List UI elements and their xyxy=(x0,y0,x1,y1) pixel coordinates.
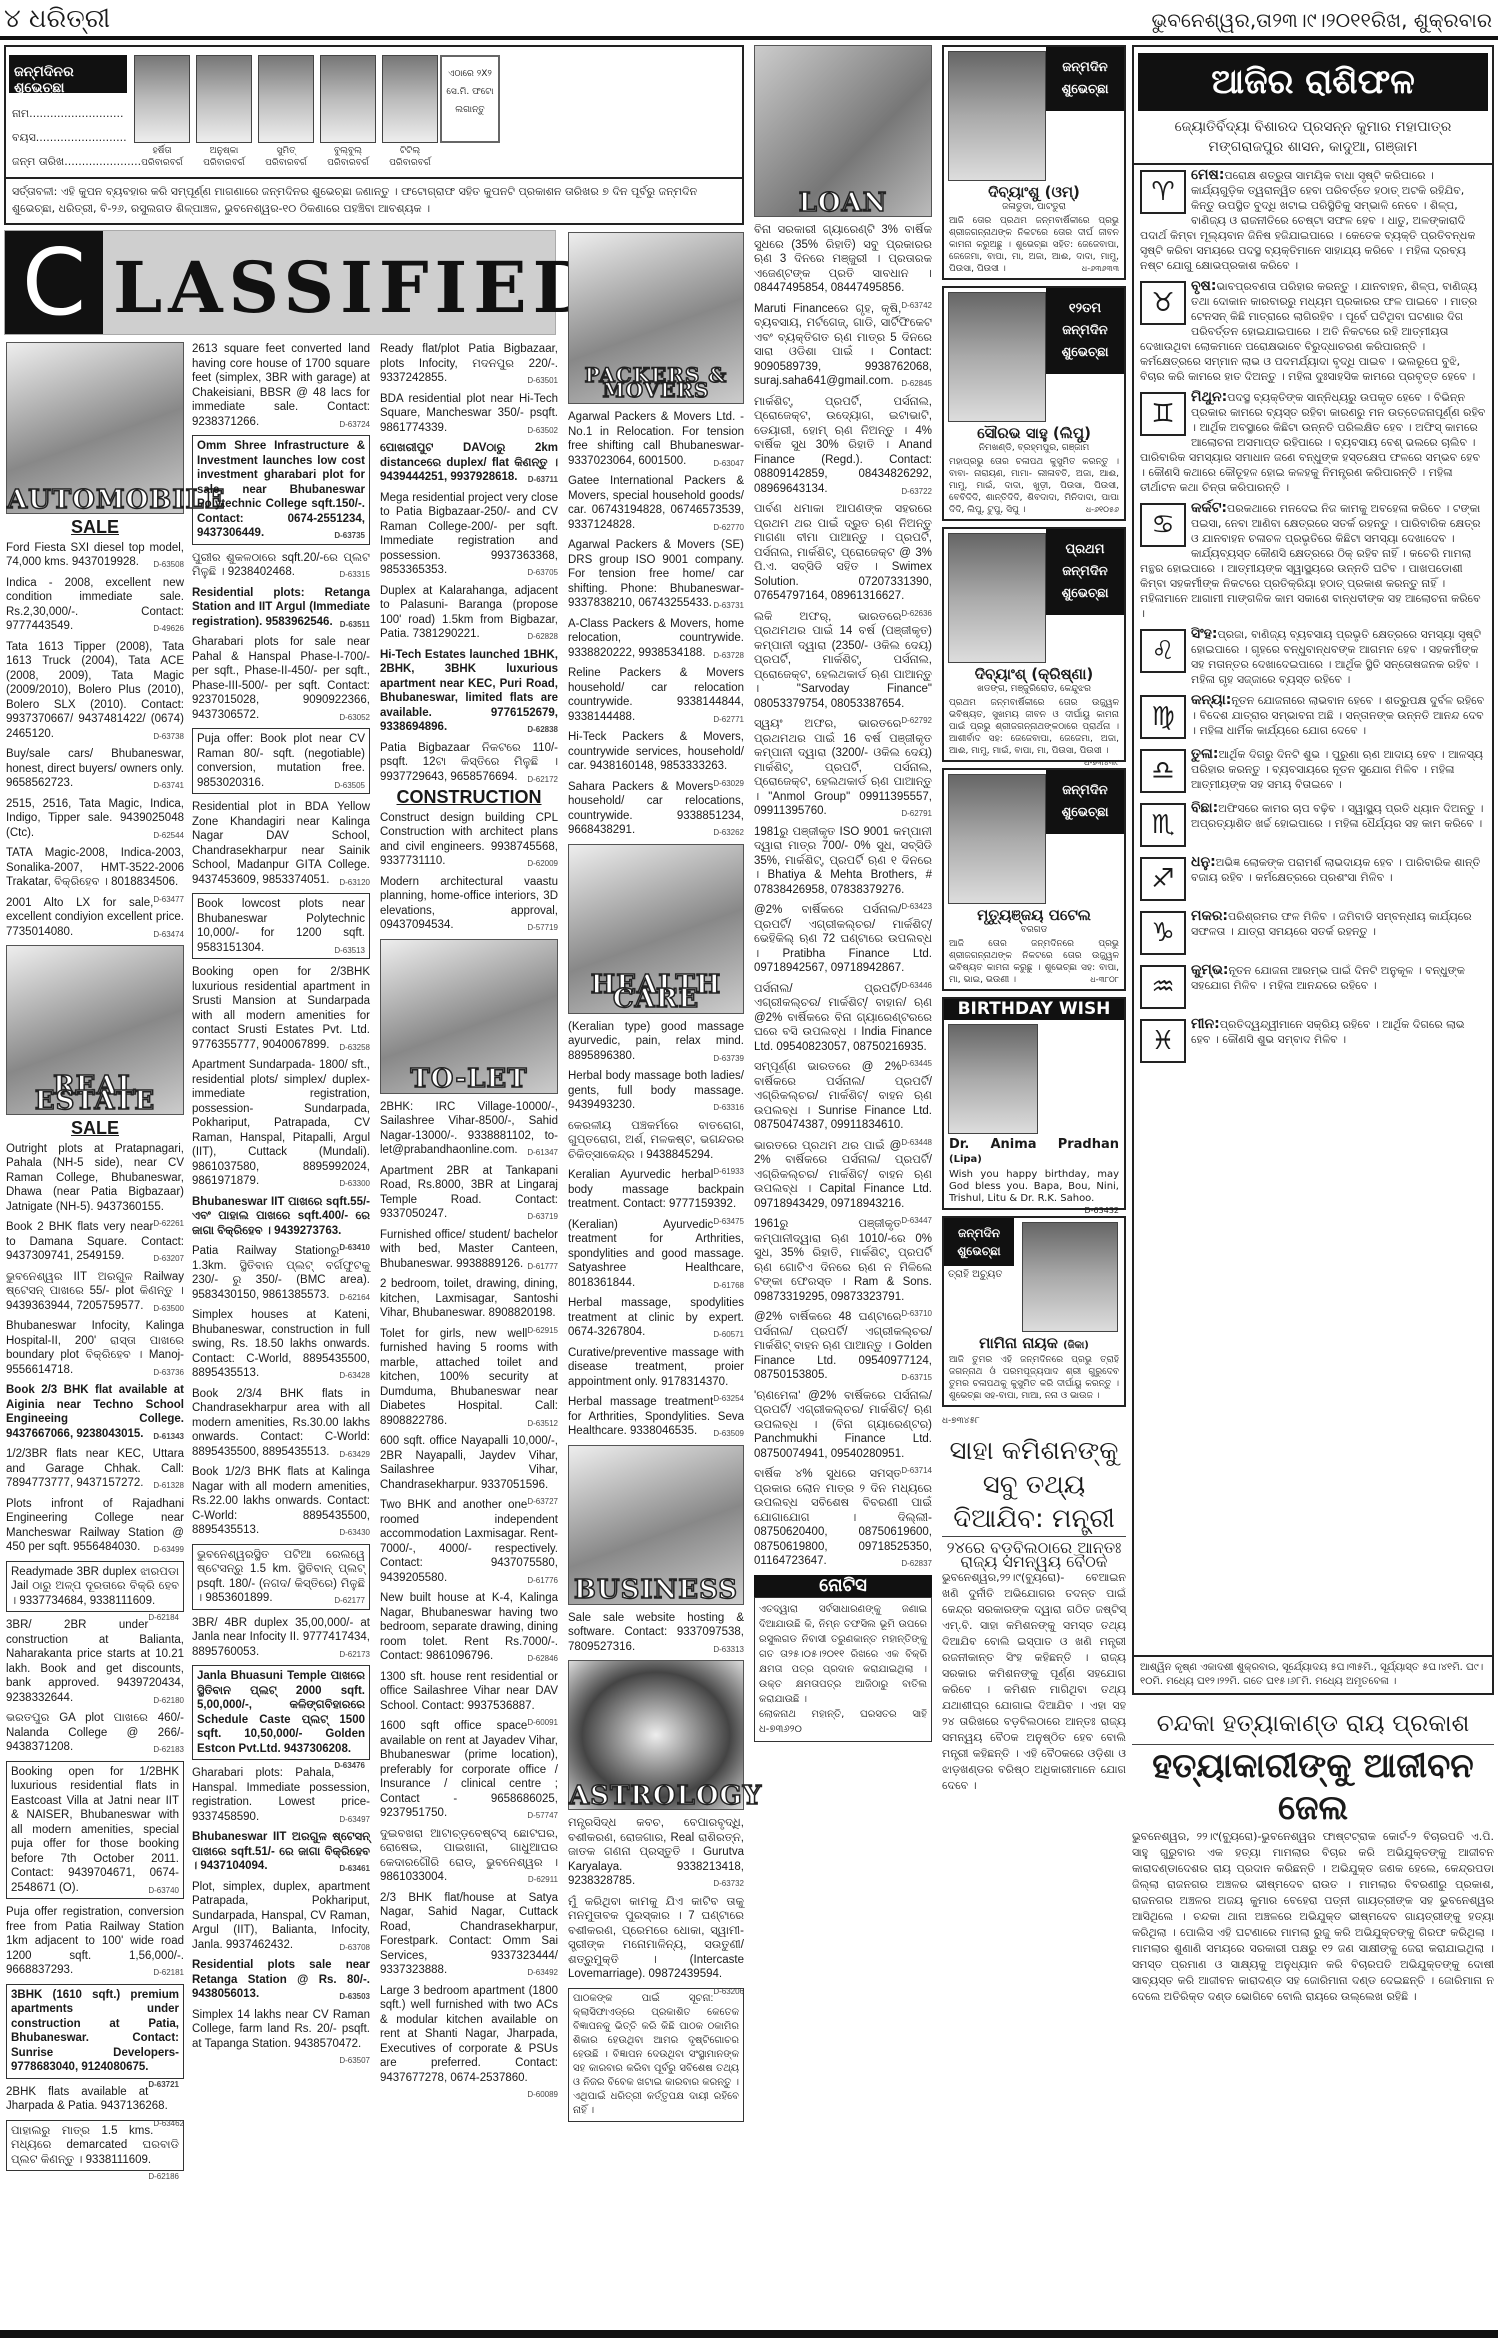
name-field: ନାମ........................... xyxy=(12,107,123,121)
zodiac-name: ମିଥୁନ: xyxy=(1191,389,1227,405)
wish-tag: ୧୨ତମ ଜନ୍ମଦିନ ଶୁଭେଚ୍ଛା xyxy=(1046,288,1124,374)
ad-code: D-63207 xyxy=(153,1252,184,1267)
ad-code: D-62846 xyxy=(527,1652,558,1667)
wish-address: ନିମଖଣ୍ଡି, ବ୍ରହ୍ମପୁର, ଗଞ୍ଜାମ xyxy=(944,441,1124,456)
ad-code: D-62636 xyxy=(901,607,932,622)
ad-text: Two BHK and another one roomed independe… xyxy=(380,1499,558,1584)
ad-code: D-63423 xyxy=(901,900,932,915)
zodiac-name: ମେଷ: xyxy=(1191,167,1224,183)
classified-ad: Gharabari plots for sale near Pahal & Ha… xyxy=(192,635,370,722)
ad-code: D-61776 xyxy=(527,1574,558,1589)
ad-code: D-62771 xyxy=(713,713,744,728)
ad-code: D-61777 xyxy=(527,1260,558,1275)
ad-code: D-63507 xyxy=(339,2054,370,2069)
classified-ad: Agarwal Packers & Movers (SE) DRS group … xyxy=(568,538,744,611)
ad-text: Mega residential project very close to P… xyxy=(380,492,558,577)
notice-code: ଧ-୭୩୬୨୦ xyxy=(759,1724,802,1735)
zodiac-sign-icon: ♍ xyxy=(1140,695,1186,739)
automobile-image: AUTOMOBILE xyxy=(6,342,184,514)
ad-text: କେରଳୀୟ ପଞ୍ଚକର୍ମରେ ବାତରୋଗ, ଗୁପ୍ତରୋଗ, ଅର୍ଶ… xyxy=(568,1120,744,1161)
news-kicker: ଚନ୍ଦକା ହତ୍ୟାକାଣ୍ଡ ରାୟ ପ୍ରକାଶ xyxy=(1132,1702,1494,1745)
classified-ad: Book 2/3/4 BHK flats in Chandrasekharpur… xyxy=(192,1387,370,1460)
section-heading: CONSTRUCTION xyxy=(380,790,558,805)
classified-ad: Two BHK and another one roomed independe… xyxy=(380,1498,558,1585)
classified-ad: 2515, 2516, Tata Magic, Indica, Indigo, … xyxy=(6,797,184,841)
ad-text: 2 bedroom, toilet, drawing, dining, kitc… xyxy=(380,1278,558,1319)
business-ads: Sale sale website hosting & software. Co… xyxy=(568,1611,744,1655)
zodiac-sign-icon: ♈ xyxy=(1140,170,1186,214)
zodiac-name: ମୀନ: xyxy=(1191,1016,1220,1032)
classified-ad: Tata 1613 Tipper (2008), Tata 1613 Truck… xyxy=(6,640,184,742)
ad-code: D-63505 xyxy=(334,779,365,794)
ad-text: Simplex 14 lakhs near CV Raman College, … xyxy=(192,2009,370,2050)
photo-slot: ଏଠାରେ ୨X୨ ସେ.ମି. ଫଟୋ ଲଗାନ୍ତୁ xyxy=(440,55,500,143)
ad-text: ମୁଁ କରିଥିବା କାମକୁ ଯିଏ କାଟିବ ତାକୁ ମନମୁତାବ… xyxy=(568,1896,744,1981)
zodiac-entry: ♓ମୀନ:ପ୍ରତିଦ୍ୱନ୍ଦ୍ୱୀମାନେ ସକ୍ରିୟ ରହିବେ । ଆ… xyxy=(1134,1014,1492,1068)
zodiac-list: ♈ମେଷ:ପରୋକ୍ଷ ଶତ୍ରୁତା ସାମୟିକ ବାଧା ସୃଷ୍ଟି କ… xyxy=(1134,165,1492,1068)
classified-ad: Bhubaneswar Infocity, Kalinga Hospital-I… xyxy=(6,1319,184,1377)
child-photo xyxy=(320,55,376,143)
wish-cards: ଜନ୍ମଦିନ ଶୁଭେଚ୍ଛାଦିବ୍ୟାଂଶୁ (ଓମ୍)ଜଳାଡୁଡା, … xyxy=(942,45,1126,991)
ad-code: D-62183 xyxy=(153,1743,184,1758)
zodiac-prediction: ନୂତନ ଯୋଜନା ଆରମ୍ଭ ପାଇଁ ଦିନଟି ଅନୁକୂଳ । ବନ୍… xyxy=(1191,964,1465,992)
wish-name: ଦିବ୍ୟାଂଶ୍ (କ୍ରିଷ୍ଣା) xyxy=(944,667,1124,682)
classified-ad: Gatee International Packers & Movers, sp… xyxy=(568,474,744,532)
child-photo xyxy=(382,55,438,143)
page-number-masthead: ୪ ଧରିତ୍ରୀ xyxy=(4,4,110,35)
ad-code: D-60089 xyxy=(527,2088,558,2103)
banner-text: LASSIFIED xyxy=(113,246,599,329)
classified-ad: Plot, simplex, duplex, apartment Patrapa… xyxy=(192,1880,370,1953)
ad-code: D-61328 xyxy=(153,1479,184,1494)
zodiac-name: କନ୍ୟା: xyxy=(1191,692,1231,708)
page-header: ୪ ଧରିତ୍ରୀ ଭୁବନେଶ୍ୱର,ତା୨୩।୯।୨୦୧୧ରିଖ, ଶୁକ୍… xyxy=(0,0,1498,40)
child-photo-card: ହର୍ଷିତାପରିବାରବର୍ଗ xyxy=(134,55,190,169)
classified-ad: Readymade 3BR duplex ଝାରପଡା Jail ଠାରୁ ଅଳ… xyxy=(6,1561,184,1613)
wish-tag: ପ୍ରଥମ ଜନ୍ମଦିନ ଶୁଭେଚ୍ଛା xyxy=(1046,529,1124,615)
zodiac-sign-icon: ♑ xyxy=(1140,911,1186,955)
ad-code: D-63429 xyxy=(339,1448,370,1463)
ad-text: Outright plots at Pratapnagari, Pahala (… xyxy=(6,1143,184,1213)
horoscope-panel: ଆଜିର ରାଶିଫଳ ଜ୍ୟୋତିର୍ବିଦ୍ୟା ବିଶାରଦ ପ୍ରସନ୍… xyxy=(1132,45,1494,1695)
classified-banner: C LASSIFIED xyxy=(4,230,556,335)
zodiac-sign-icon: ♓ xyxy=(1140,1019,1186,1063)
ad-code: D-63447 xyxy=(901,1214,932,1229)
classified-ad: BDA residential plot near Hi-Tech Square… xyxy=(380,392,558,436)
zodiac-entry: ♋କର୍କଟ:ପରକଥାରେ ମନଦେଇ ନିଜ କାମକୁ ଅବହେଳା କର… xyxy=(1134,498,1492,624)
ad-text: Residential plot in BDA Yellow Zone Khan… xyxy=(192,801,370,886)
tolet-image: TO-LET xyxy=(380,939,558,1094)
classified-ad: ପାର୍ବଣ ଧମାକା ଆପଣଙ୍କ ସହରରେ ପ୍ରଥମ ଥର ପାଇଁ … xyxy=(754,502,932,604)
zodiac-entry: ♑ମକର:ପରିଶ୍ରମର ଫଳ ମିଳିବ । ଜମିବାଡି ସମ୍ବନ୍ଧ… xyxy=(1134,906,1492,960)
child-photo-card: ଟିଟିଲ୍ପରିବାରବର୍ଗ xyxy=(382,55,438,169)
classified-ad: Booking open for 1/2BHK luxurious reside… xyxy=(6,1761,184,1900)
classified-ad: 1300 sft. house rent residential or offi… xyxy=(380,1670,558,1714)
zodiac-prediction: ଅଭିଜ୍ଞ ଲୋକଙ୍କ ପରାମର୍ଶ ଲାଭଦାୟକ ହେବ । ପାରି… xyxy=(1191,856,1480,884)
ad-code: D-63501 xyxy=(527,374,558,389)
ad-code: D-63462 xyxy=(153,2117,184,2132)
ad-code: D-62791 xyxy=(901,807,932,822)
ad-code: D-63492 xyxy=(527,1966,558,1981)
zodiac-sign-icon: ♌ xyxy=(1140,629,1186,673)
loan-ads: ବିନା ସରକାରୀ ଗ୍ୟାରେଣ୍ଟି 3% ବାର୍ଷିକ ସୁଧରେ … xyxy=(754,223,932,1569)
ad-code: D-63047 xyxy=(713,457,744,472)
ad-text: 'ଋଣମେଳା' @2% ବାର୍ଷିକରେ ପର୍ସନାଲ/ ପ୍ରପର୍ଟି… xyxy=(754,1390,932,1460)
ad-code: D-63477 xyxy=(153,893,184,908)
ad-code: D-63502 xyxy=(527,424,558,439)
ad-text: 2BHK flats available at Jharpada & Patia… xyxy=(6,2086,168,2113)
ad-text: 1961ରୁ ପଞ୍ଜୀକୃତ କମ୍ପାନୀଦ୍ୱାରା ଋଣ 1010/-ର… xyxy=(754,1218,932,1303)
classified-ad: Indica - 2008, excellent new condition i… xyxy=(6,576,184,634)
ad-code: D-63721 xyxy=(148,2078,179,2093)
ad-text: ମାର୍କଶିଟ୍, ପ୍ରପର୍ଟି, ପର୍ସନାଲ, ପ୍ରୋଜେକ୍ଟ,… xyxy=(754,396,932,495)
zodiac-entry: ♍କନ୍ୟା:ନୂତନ ଯୋଜନାରେ ଲାଭବାନ ହେବେ । ଶତ୍ରୁପ… xyxy=(1134,690,1492,744)
zodiac-prediction: ପରିଶ୍ରମର ଫଳ ମିଳିବ । ଜମିବାଡି ସମ୍ବନ୍ଧୀୟ କା… xyxy=(1191,910,1472,938)
zodiac-sign-icon: ♏ xyxy=(1140,803,1186,847)
wish-photo xyxy=(948,774,1046,904)
ad-code: D-63316 xyxy=(713,1101,744,1116)
ad-text: ପାର୍ବଣ ଧମାକା ଆପଣଙ୍କ ସହରରେ ପ୍ରଥମ ଥର ପାଇଁ … xyxy=(754,503,932,602)
classified-ad: ଭୁବନେଶ୍ୱର IIT ଅରଗୁଳ Railway ଷ୍ଟେସନ୍ ପାଖର… xyxy=(6,1270,184,1314)
classified-ad: ସ୍ୱୟଂ ଅଫର, ଭାରତରେ ପ୍ରଥମଥର ପାଇଁ 16 ବର୍ଷ ପ… xyxy=(754,717,932,819)
reader-notice: ପାଠକଙ୍କ ପାଇଁ ସୂଚନା: କ୍ଲାସିଫାଏଡ୍‌ରେ ପ୍ରକା… xyxy=(568,1988,744,2122)
ad-text: 1981ରୁ ପଞ୍ଜୀକୃତ ISO 9001 କମ୍ପାନୀ ଦ୍ୱାରା … xyxy=(754,826,932,896)
ad-code: D-63500 xyxy=(153,1302,184,1317)
ad-code: D-63206 xyxy=(713,1985,744,2000)
ad-text: Janla Bhuasuni Temple ପାଖରେ ସ୍ଥିତିବାନ ପ୍… xyxy=(197,1670,365,1755)
classified-ad: TATA Magic-2008, Indica-2003, Sonalika-2… xyxy=(6,846,184,890)
classified-ad: 2/3 BHK flat/house at Satya Nagar, Sahid… xyxy=(380,1891,558,1978)
news-headline: ହତ୍ୟାକାରୀଙ୍କୁ ଆଜୀବନ ଜେଲ xyxy=(1132,1745,1494,1829)
ad-text: ଭାରତରେ ପ୍ରଥମ ଥର ପାଇଁ @ 2% ବାର୍ଷିକରେ ପର୍ସ… xyxy=(754,1140,932,1210)
packers-movers-image: PACKERS & MOVERS xyxy=(568,232,744,404)
ad-code: D-62770 xyxy=(713,521,744,536)
ad-code: D-57719 xyxy=(527,921,558,936)
wish-message: ପ୍ରଥମ ଜନ୍ମବାର୍ଷିକୀରେ ତୋର ଉଜ୍ଜ୍ୱଳ ଭବିଷ୍ୟତ… xyxy=(944,696,1124,760)
classified-ad: Duplex at Kalarahanga, adjacent to Palas… xyxy=(380,584,558,642)
wish-address: ଖଡଙ୍ଗ, ମଞ୍ଜୁରିରୋଡ, କେନ୍ଦୁଝର xyxy=(944,682,1124,697)
ad-text: ଲକି ଅଫର୍, ଭାରତରେ ପ୍ରଥମଥର ପାଇଁ 14 ବର୍ଷ (ପ… xyxy=(754,611,932,710)
astrology-ads: ମନ୍ତ୍ରସିଦ୍ଧ କବଚ, ବେପାରବୃଦ୍ଧି, ବଶୀକରଣ, ରୋ… xyxy=(568,1816,744,1982)
ad-code: D-63715 xyxy=(901,1371,932,1386)
ad-code: D-60571 xyxy=(713,1328,744,1343)
ad-code: D-63300 xyxy=(339,1177,370,1192)
ad-code: D-63499 xyxy=(153,1543,184,1558)
ad-code: D-63738 xyxy=(153,730,184,745)
classified-ad: 3BR/ 4BR duplex 35,00,000/- at Janla nea… xyxy=(192,1616,370,1660)
classified-ad: Puja offer registration, conversion free… xyxy=(6,1905,184,1978)
section-heading: SALE xyxy=(6,520,184,535)
classified-ad: Bhubaneswar IIT ପାଖରେ sqft.55/- ଏବଂ ପାହା… xyxy=(192,1195,370,1239)
classified-ad: Residential plots sale near Retanga Stat… xyxy=(192,1958,370,2002)
ad-code: D-63714 xyxy=(901,1464,932,1479)
ad-code: D-63740 xyxy=(148,1884,179,1899)
classified-ad: 3BHK (1610 sqft.) premium apartments und… xyxy=(6,1984,184,2079)
zodiac-prediction: ପ୍ରଜା, ବାଣିଜ୍ୟ ବ୍ୟବସାୟ ପ୍ରଭୃତି କ୍ଷେତ୍ରରେ… xyxy=(1191,628,1481,686)
ad-code: D-61347 xyxy=(527,1146,558,1161)
wish-card: ଜନ୍ମଦିନ ଶୁଭେଚ୍ଛାମୃତ୍ୟୁଞ୍ଜୟ ପଟେଲବରଗଡଆଜି ତ… xyxy=(942,768,1126,991)
zodiac-entry: ♈ମେଷ:ପରୋକ୍ଷ ଶତ୍ରୁତା ସାମୟିକ ବାଧା ସୃଷ୍ଟି କ… xyxy=(1134,165,1492,276)
ad-code: D-63474 xyxy=(153,928,184,943)
notice-heading: ନୋଟିସ xyxy=(754,1575,932,1598)
age-field: ବୟସ.......................... xyxy=(12,131,127,145)
zodiac-entry: ♎ତୁଳା:ଆର୍ଥିକ ଦିଗରୁ ଦିନଟି ଶୁଭ । ପୁରୁଣା ଋଣ… xyxy=(1134,744,1492,798)
ad-code: D-63735 xyxy=(334,529,365,544)
zodiac-sign-icon: ♉ xyxy=(1140,281,1186,325)
wish-tag: ଜନ୍ମଦିନ ଶୁଭେଚ୍ଛା xyxy=(1046,770,1124,834)
wish-address: ବରଗଡ xyxy=(944,923,1124,938)
zodiac-name: ଧନୁ: xyxy=(1191,854,1216,870)
ad-text: TATA Magic-2008, Indica-2003, Sonalika-2… xyxy=(6,847,184,888)
classified-ad: 2 bedroom, toilet, drawing, dining, kitc… xyxy=(380,1277,558,1321)
wish-photo xyxy=(948,292,1046,422)
classified-ad: Ford Fiesta SXI diesel top model, 74,000… xyxy=(6,541,184,570)
wish-tag: ଜନ୍ମଦିନ ଶୁଭେଚ୍ଛା xyxy=(1046,47,1124,111)
ad-text: Bhubaneswar IIT ପାଖରେ sqft.55/- ଏବଂ ପାହା… xyxy=(192,1196,370,1237)
ad-code: D-63728 xyxy=(713,649,744,664)
wish-name: ସୌରଭ ସାହୁ (ଲିପୁ) xyxy=(944,426,1124,441)
ad-code: D-49626 xyxy=(153,622,184,637)
zodiac-name: ସିଂହ: xyxy=(1191,626,1218,642)
classified-ad: Booking open for 2/3BHK luxurious reside… xyxy=(192,965,370,1052)
column-services: PACKERS & MOVERS Agarwal Packers & Mover… xyxy=(568,232,744,2128)
classified-ad: ବାର୍ଷିକ ୪% ସୁଧରେ ସମସ୍ତ ପ୍ରକାର ଲୋନ ମାତ୍ର … xyxy=(754,1467,932,1569)
wish-message: ଆଜି ତୋର ପ୍ରଥମ ଜନ୍ମବାର୍ଷିକୀରେ ପ୍ରଭୁ ଶ୍ରୀଜ… xyxy=(944,214,1124,278)
classified-ad: 1961ରୁ ପଞ୍ଜୀକୃତ କମ୍ପାନୀଦ୍ୱାରା ଋଣ 1010/-ର… xyxy=(754,1217,932,1304)
ad-code: D-63719 xyxy=(527,1210,558,1225)
classified-ad: (Keralian type) good massage ayurvedic, … xyxy=(568,1020,744,1064)
ad-code: D-63727 xyxy=(527,1495,558,1510)
health-ads: (Keralian type) good massage ayurvedic, … xyxy=(568,1020,744,1439)
ad-code: D-62828 xyxy=(527,630,558,645)
banner-initial: C xyxy=(5,231,103,334)
classified-ad: Reline Packers & Movers household/ car r… xyxy=(568,666,744,724)
wish-photo xyxy=(1022,1222,1118,1332)
ad-code: D-63475 xyxy=(713,1215,744,1230)
news-headline: ସାହା କମିଶନଙ୍କୁ ସବୁ ତଥ୍ୟ ଦିଆଯିବ: ମନ୍ତ୍ରୀ xyxy=(942,1434,1126,1536)
ad-code: D-63254 xyxy=(713,1392,744,1407)
zodiac-sign-icon: ♐ xyxy=(1140,857,1186,901)
classified-ad: ମନ୍ତ୍ରସିଦ୍ଧ କବଚ, ବେପାରବୃଦ୍ଧି, ବଶୀକରଣ, ରୋ… xyxy=(568,1816,744,1889)
classified-ad: 600 sqft. office Nayapalli 10,000/-, 2BR… xyxy=(380,1434,558,1492)
astrology-image: ASTROLOGY xyxy=(568,1660,744,1810)
classified-ad: Book 2/3 BHK flat available at Aiginia n… xyxy=(6,1383,184,1441)
ad-code: D-62181 xyxy=(153,1966,184,1981)
classified-ad: 1981ରୁ ପଞ୍ଜୀକୃତ ISO 9001 କମ୍ପାନୀ ଦ୍ୱାରା … xyxy=(754,825,932,898)
zodiac-sign-icon: ♒ xyxy=(1140,965,1186,1009)
classified-ad: Residential plots: Retanga Station and I… xyxy=(192,586,370,630)
automobile-ads: Ford Fiesta SXI diesel top model, 74,000… xyxy=(6,541,184,940)
classified-ad: Outright plots at Pratapnagari, Pahala (… xyxy=(6,1142,184,1215)
zodiac-name: ବୃଷ: xyxy=(1191,278,1216,294)
notice-sign: ଲୋକନାଥ ମହାନ୍ତି, ଘରସତର ସାହି xyxy=(759,1709,927,1720)
ad-text: Hi-Teck Packers & Movers, countrywide se… xyxy=(568,731,744,772)
ad-code: D-62544 xyxy=(153,829,184,844)
ad-code: D-63741 xyxy=(153,779,184,794)
classified-ad: 1/2/3BR flats near KEC, Uttara and Garag… xyxy=(6,1447,184,1491)
child-photo-card: ଅନୁଷ୍କାପରିବାରବର୍ଗ xyxy=(196,55,252,169)
child-photo xyxy=(196,55,252,143)
birthday-coupon: ଜନ୍ମଦିନର ଶୁଭେଚ୍ଛା ନାମ...................… xyxy=(4,45,744,225)
wish-message: ମହାପ୍ରଭୁ ତୋର ଚଳାପଥ କୁସୁମିତ କରନ୍ତୁ । ବାବା… xyxy=(944,455,1124,519)
ad-code: D-62009 xyxy=(527,857,558,872)
ad-code: D-63511 xyxy=(340,618,370,633)
classified-ad: Tolet for girls, new well furnished havi… xyxy=(380,1327,558,1429)
zodiac-name: ମକର: xyxy=(1191,908,1228,924)
zodiac-prediction: ପ୍ରତିଦ୍ୱନ୍ଦ୍ୱୀମାନେ ସକ୍ରିୟ ରହିବେ । ଆର୍ଥିକ… xyxy=(1191,1018,1465,1046)
wish-card: ଜନ୍ମଦିନ ଶୁଭେଚ୍ଛା ତ୍ରାହି ଅଚ୍ୟୁତ ମାମିନା ନା… xyxy=(942,1216,1126,1408)
classified-ad: Maruti Financeରେ ଗୃହ, କୃଷି, ବ୍ୟବସାୟ, ମର୍… xyxy=(754,302,932,389)
ad-code: D-61768 xyxy=(713,1279,744,1294)
zodiac-entry: ♌ସିଂହ:ପ୍ରଜା, ବାଣିଜ୍ୟ ବ୍ୟବସାୟ ପ୍ରଭୃତି କ୍ଷ… xyxy=(1134,624,1492,690)
wish-photo xyxy=(948,1024,1038,1134)
classified-ad: ଭୁବନେଶ୍ୱରସ୍ଥିତ ପଟିଆ ରେଲୱେ ଷ୍ଟେସନ୍‌ରୁ 1.5… xyxy=(192,1544,370,1610)
news-body: ଭୁବନେଶ୍ୱର, ୨୨।୯(ବ୍ୟୁରୋ)-ଭୁବନେଶ୍ୱର ଫାଷ୍ଟଟ… xyxy=(1132,1829,1494,2005)
ad-code: D-63448 xyxy=(901,1136,932,1151)
ad-code: D-62184 xyxy=(148,1611,179,1626)
ad-code: D-62845 xyxy=(901,377,932,392)
ad-text: 2/3 BHK flat/house at Satya Nagar, Sahid… xyxy=(380,1892,558,1977)
wish-name: ଦିବ୍ୟାଂଶୁ (ଓମ୍) xyxy=(944,185,1124,200)
ad-code: D-63711 xyxy=(528,473,558,488)
ad-code: D-63509 xyxy=(713,1427,744,1442)
ad-code: D-63052 xyxy=(339,711,370,726)
ad-code: D-63710 xyxy=(901,1307,932,1322)
column-construction-tolet: Ready flat/plot Patia Bigbazaar, plots I… xyxy=(380,342,558,2103)
classified-ad: Gharabari plots: Pahala, Hanspal. Immedi… xyxy=(192,1766,370,1824)
astrologer-name: ଜ୍ୟୋତିର୍ବିଦ୍ୟା ବିଶାରଦ ପ୍ରସନ୍ନ କୁମାର ମହାପ… xyxy=(1175,119,1452,135)
classified-ad: Omm Shree Infrastructure & Investment la… xyxy=(192,435,370,545)
zodiac-prediction: ଭାବପ୍ରବଣତା ପରିହାର କରନ୍ତୁ । ଯାନବାହନ, ଶିଳ୍… xyxy=(1140,280,1477,383)
ad-code: D-62261 xyxy=(153,1217,184,1232)
ad-code: D-63724 xyxy=(339,418,370,433)
section-heading: SALE xyxy=(6,1121,184,1136)
ad-code: D-62186 xyxy=(148,2170,179,2185)
ad-code: D-62177 xyxy=(334,1594,365,1609)
ad-text: ବାର୍ଷିକ ୪% ସୁଧରେ ସମସ୍ତ ପ୍ରକାର ଲୋନ ମାତ୍ର … xyxy=(754,1468,932,1567)
ad-code: D-63428 xyxy=(339,1369,370,1384)
ad-code: D-63262 xyxy=(713,826,744,841)
news-article: ସାହା କମିଶନଙ୍କୁ ସବୁ ତଥ୍ୟ ଦିଆଯିବ: ମନ୍ତ୍ରୀ … xyxy=(942,1434,1126,1794)
almanac-footer: ଆଶ୍ୱିନ କୃଷ୍ଣ ଏକାଦଶୀ ଶୁକ୍ରବାର, ସୂର୍ଯ୍ୟୋଦୟ… xyxy=(1134,1655,1492,1693)
column-automobile-realestate: AUTOMOBILE SALE Ford Fiesta SXI diesel t… xyxy=(6,342,184,2185)
birthday-wish-card: BIRTHDAY WISH Dr. Anima Pradhan (Lipa) W… xyxy=(942,997,1126,1210)
ad-code: D-57747 xyxy=(527,1809,558,1824)
ad-code: D-63708 xyxy=(339,1941,370,1956)
ad-text: 2613 square feet converted land having c… xyxy=(192,343,370,428)
classified-ad: Hi-Teck Packers & Movers, countrywide se… xyxy=(568,730,744,774)
ad-code: D-63736 xyxy=(153,1366,184,1381)
classified-ad: Sale sale website hosting & software. Co… xyxy=(568,1611,744,1655)
notice-box: ନୋଟିସ ଏତଦ୍ୱାରା ସର୍ବସାଧାରଣଙ୍କୁ ଜଣାଇ ଦିଆଯା… xyxy=(754,1575,932,1743)
classified-ad: କେରଳୀୟ ପଞ୍ଚକର୍ମରେ ବାତରୋଗ, ଗୁପ୍ତରୋଗ, ଅର୍ଶ… xyxy=(568,1119,744,1163)
zodiac-prediction: ନୂତନ ଯୋଜନାରେ ଲାଭବାନ ହେବେ । ଶତ୍ରୁପକ୍ଷ ଦୁର… xyxy=(1191,694,1484,737)
ad-code: D-63430 xyxy=(339,1526,370,1541)
ad-code: D-63258 xyxy=(339,1041,370,1056)
ad-text: 1600 sqft office space available on rent… xyxy=(380,1720,558,1819)
column-loan: LOAN ବିନା ସରକାରୀ ଗ୍ୟାରେଣ୍ଟି 3% ବାର୍ଷିକ ସ… xyxy=(754,45,932,1742)
ad-code: D-63512 xyxy=(527,1417,558,1432)
health-care-image: HEALTH CARE xyxy=(568,844,744,1014)
ad-text: Omm Shree Infrastructure & Investment la… xyxy=(197,440,365,539)
ad-code: D-63120 xyxy=(339,876,370,891)
classified-ad: Simplex 14 lakhs near CV Raman College, … xyxy=(192,2008,370,2052)
zodiac-entry: ♐ଧନୁ:ଅଭିଜ୍ଞ ଲୋକଙ୍କ ପରାମର୍ଶ ଲାଭଦାୟକ ହେବ ।… xyxy=(1134,852,1492,906)
wish-photo xyxy=(948,51,1046,181)
ad-code: D-62838 xyxy=(527,723,558,738)
ad-code: D-63742 xyxy=(901,299,932,314)
ad-code: D-63446 xyxy=(901,979,932,994)
ad-code: D-63722 xyxy=(901,485,932,500)
notice-body: ଏତଦ୍ୱାରା ସର୍ବସାଧାରଣଙ୍କୁ ଜଣାଇ ଦିଆଯାଉଛି କି… xyxy=(759,1604,927,1705)
classified-ad: ପୁରୀର ଶୁକଳଠାରେ sqft.20/-ରେ ପ୍ଲଟ ମିଳୁଛି ।… xyxy=(192,551,370,580)
packers-ads: Agarwal Packers & Movers Ltd. - No.1 in … xyxy=(568,410,744,838)
ad-code: D-63739 xyxy=(713,1052,744,1067)
zodiac-prediction: ଆର୍ଥିକ ଦିଗରୁ ଦିନଟି ଶୁଭ । ପୁରୁଣା ଋଣ ଆଦାୟ … xyxy=(1191,748,1483,791)
ad-code: D-63731 xyxy=(713,599,744,614)
ad-code: D-63705 xyxy=(527,566,558,581)
ad-text: Booking open for 2/3BHK luxurious reside… xyxy=(192,966,370,1051)
ad-text: Large 3 bedroom apartment (1800 sqft.) w… xyxy=(380,1985,558,2084)
ad-code: D-63313 xyxy=(713,1643,744,1658)
ad-code: D-63410 xyxy=(339,1241,370,1256)
classified-ad: ବିନା ସରକାରୀ ଗ୍ୟାରେଣ୍ଟି 3% ବାର୍ଷିକ ସୁଧରେ … xyxy=(754,223,932,296)
classified-ad: Buy/sale cars/ Bhubaneswar, honest, dire… xyxy=(6,747,184,791)
real-estate-image: REAL ESTATE xyxy=(6,945,184,1115)
ad-code: D-62837 xyxy=(901,1557,932,1572)
ad-text: 1300 sft. house rent residential or offi… xyxy=(380,1671,558,1712)
classified-ad: Apartment 2BR at Tankapani Road, Rs.8000… xyxy=(380,1164,558,1222)
zodiac-entry: ♏ବିଛା:ଅଫିସରେ କାମର ଚାପ ବଢ଼ିବ । ସ୍ୱାସ୍ଥ୍ୟ … xyxy=(1134,798,1492,852)
classified-ad: Simplex houses at Kateni, Bhubaneswar, c… xyxy=(192,1308,370,1381)
classified-ad: Ready flat/plot Patia Bigbazaar, plots I… xyxy=(380,342,558,386)
ad-text: Booking open for 1/2BHK luxurious reside… xyxy=(11,1766,179,1894)
classified-ad: 3BR/ 2BR under construction at Balianta,… xyxy=(6,1618,184,1705)
ad-code: D-63315 xyxy=(339,568,370,583)
real-estate-ads: Outright plots at Pratapnagari, Pahala (… xyxy=(6,1142,184,2172)
ad-code: D-62173 xyxy=(339,1648,370,1663)
ad-code: D-63461 xyxy=(339,1862,370,1877)
classified-ad: Book lowcost plots near Bhubaneswar Poly… xyxy=(192,893,370,959)
ad-code: D-63732 xyxy=(713,1877,744,1892)
ad-code: D-63513 xyxy=(334,944,365,959)
ad-code: D-63476 xyxy=(334,1759,365,1774)
ad-text: 3BR/ 2BR under construction at Balianta,… xyxy=(6,1619,184,1704)
business-image: BUSINESS xyxy=(568,1445,744,1605)
zodiac-name: କୁମ୍ଭ: xyxy=(1191,962,1228,978)
child-photo xyxy=(258,55,314,143)
classified-ad: Janla Bhuasuni Temple ପାଖରେ ସ୍ଥିତିବାନ ପ୍… xyxy=(192,1665,370,1760)
classified-ad: Patia Bigbazaar ନିକଟରେ 110/- psqft. 12ଟା… xyxy=(380,741,558,785)
dob-field: ଜନ୍ମ ତାରିଖ...................... xyxy=(12,155,141,169)
ad-code: D-63503 xyxy=(339,1990,370,2005)
wish-card: ପ୍ରଥମ ଜନ୍ମଦିନ ଶୁଭେଚ୍ଛାଦିବ୍ୟାଂଶ୍ (କ୍ରିଷ୍ଣ… xyxy=(942,527,1126,762)
classified-ad: Mega residential project very close to P… xyxy=(380,491,558,578)
child-photo-card: ସୁମିତ୍ପରିବାରବର୍ଗ xyxy=(258,55,314,169)
ad-code: D-63445 xyxy=(901,1057,932,1072)
classified-ad: Bhubaneswar IIT ଅରଗୁଳ ଷ୍ଟେସନ୍ ପାଖରେ sqft… xyxy=(192,1830,370,1874)
news-article-verdict: ଚନ୍ଦକା ହତ୍ୟାକାଣ୍ଡ ରାୟ ପ୍ରକାଶ ହତ୍ୟାକାରୀଙ୍… xyxy=(1132,1702,1494,2005)
zodiac-entry: ♒କୁମ୍ଭ:ନୂତନ ଯୋଜନା ଆରମ୍ଭ ପାଇଁ ଦିନଟି ଅନୁକୂ… xyxy=(1134,960,1492,1014)
ad-text: ବିନା ସରକାରୀ ଗ୍ୟାରେଣ୍ଟି 3% ବାର୍ଷିକ ସୁଧରେ … xyxy=(754,224,932,294)
real-estate-ads-3: Ready flat/plot Patia Bigbazaar, plots I… xyxy=(380,342,558,784)
zodiac-entry: ♊ମିଥୁନ:ପଦସ୍ଥ ବ୍ୟକ୍ତିଙ୍କ ସାନ୍ନିଧ୍ୟରୁ ଉପକୃ… xyxy=(1134,387,1492,498)
construction-ads: Construct design building CPL Constructi… xyxy=(380,811,558,933)
classified-ad: New built house at K-4, Kalinga Nagar, B… xyxy=(380,1591,558,1664)
zodiac-sign-icon: ♊ xyxy=(1140,392,1186,436)
classified-ad: Curative/preventive massage with disease… xyxy=(568,1346,744,1390)
wish-card: ଜନ୍ମଦିନ ଶୁଭେଚ୍ଛାଦିବ୍ୟାଂଶୁ (ଓମ୍)ଜଳାଡୁଡା, … xyxy=(942,45,1126,280)
